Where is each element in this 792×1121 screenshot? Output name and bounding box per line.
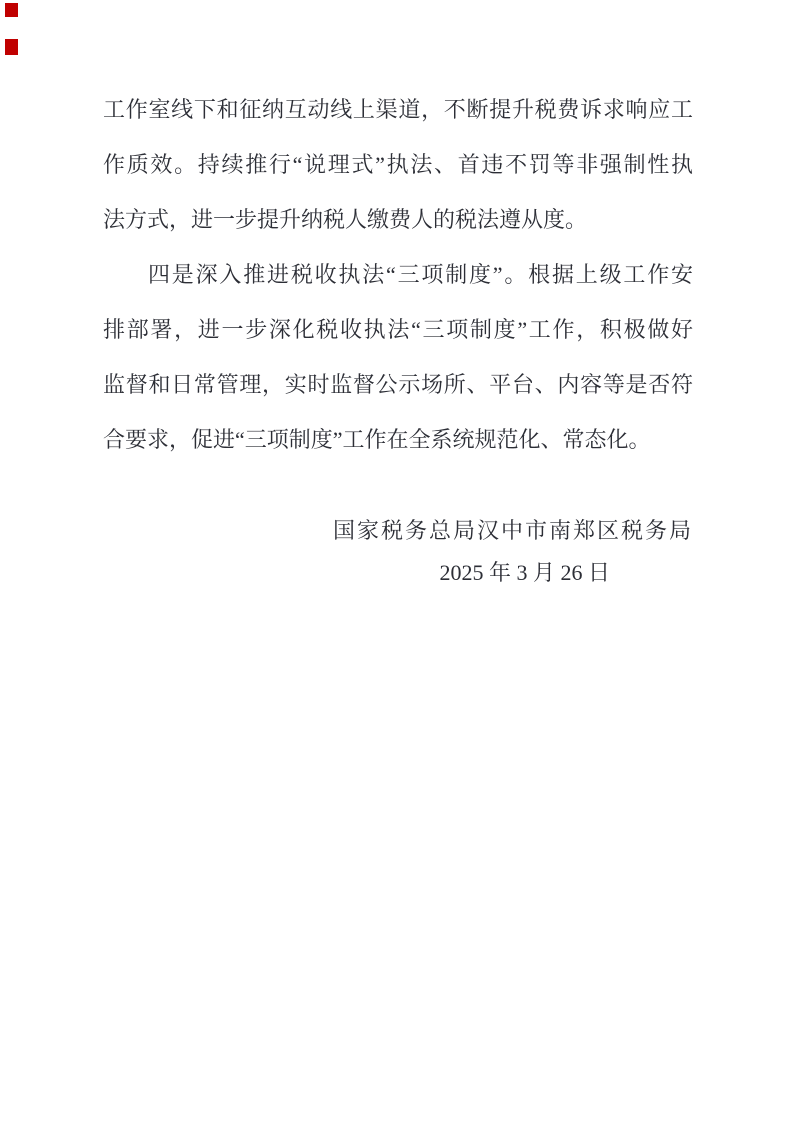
document-body: 工作室线下和征纳互动线上渠道，不断提升税费诉求响应工作质效。持续推行“说理式”执… xyxy=(103,82,693,467)
text-line-p1-l1: 工作室线下和征纳互动线上渠道，不断提升税费诉求响应工 xyxy=(103,82,693,137)
signature-organization: 国家税务总局汉中市南郑区税务局 xyxy=(103,517,693,544)
text-line-p2-l3: 监督和日常管理，实时监督公示场所、平台、内容等是否符 xyxy=(103,357,693,412)
text-line-p1-l2: 作质效。持续推行“说理式”执法、首违不罚等非强制性执 xyxy=(103,137,693,192)
signature-date: 2025 年 3 月 26 日 xyxy=(103,559,693,586)
text-line-p1-l3: 法方式，进一步提升纳税人缴费人的税法遵从度。 xyxy=(103,192,693,247)
text-line-p2-l1: 四是深入推进税收执法“三项制度”。根据上级工作安 xyxy=(103,247,693,302)
red-corner-mark-top xyxy=(5,3,18,17)
red-corner-mark-bottom xyxy=(5,39,18,55)
text-line-p2-l4: 合要求，促进“三项制度”工作在全系统规范化、常态化。 xyxy=(103,412,693,467)
text-line-p2-l2: 排部署，进一步深化税收执法“三项制度”工作，积极做好 xyxy=(103,302,693,357)
document-page: 工作室线下和征纳互动线上渠道，不断提升税费诉求响应工作质效。持续推行“说理式”执… xyxy=(0,0,792,1121)
